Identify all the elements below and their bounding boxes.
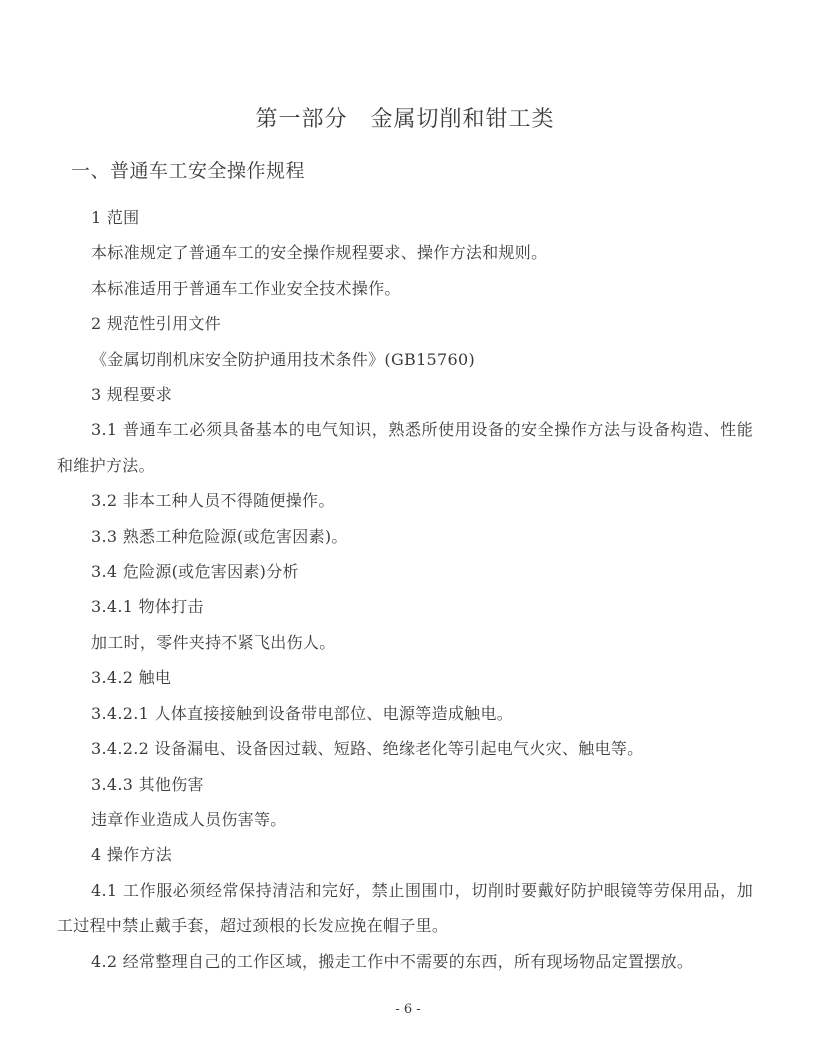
section-heading: 一、普通车工安全操作规程: [57, 158, 753, 184]
text-line: 和维护方法。: [57, 448, 753, 483]
document-body: 1 范围本标准规定了普通车工的安全操作规程要求、操作方法和规则。本标准适用于普通…: [57, 200, 753, 979]
text-line: 4 操作方法: [57, 837, 753, 872]
document-page: 第一部分 金属切削和钳工类 一、普通车工安全操作规程 1 范围本标准规定了普通车…: [0, 0, 816, 1056]
page-footer: - 6 -: [0, 997, 816, 1023]
text-line: 4.2 经常整理自己的工作区域，搬走工作中不需要的东西，所有现场物品定置摆放。: [57, 944, 753, 979]
text-line: 3.4 危险源(或危害因素)分析: [57, 554, 753, 589]
text-line: 工过程中禁止戴手套，超过颈根的长发应挽在帽子里。: [57, 908, 753, 943]
text-line: 3.1 普通车工必须具备基本的电气知识，熟悉所使用设备的安全操作方法与设备构造、…: [57, 412, 753, 447]
part-title: 第一部分 金属切削和钳工类: [0, 0, 816, 134]
text-line: 3.4.3 其他伤害: [57, 767, 753, 802]
text-line: 《金属切削机床安全防护通用技术条件》(GB15760): [57, 342, 753, 377]
text-line: 本标准适用于普通车工作业安全技术操作。: [57, 271, 753, 306]
text-line: 违章作业造成人员伤害等。: [57, 802, 753, 837]
page-number: - 6 -: [395, 1002, 420, 1017]
text-line: 3.2 非本工种人员不得随便操作。: [57, 483, 753, 518]
text-line: 3 规程要求: [57, 377, 753, 412]
text-line: 4.1 工作服必须经常保持清洁和完好，禁止围围巾，切削时要戴好防护眼镜等劳保用品…: [57, 873, 753, 908]
text-line: 2 规范性引用文件: [57, 306, 753, 341]
text-line: 本标准规定了普通车工的安全操作规程要求、操作方法和规则。: [57, 235, 753, 270]
text-line: 3.4.1 物体打击: [57, 589, 753, 624]
text-line: 1 范围: [57, 200, 753, 235]
text-line: 加工时，零件夹持不紧飞出伤人。: [57, 625, 753, 660]
text-line: 3.4.2.2 设备漏电、设备因过载、短路、绝缘老化等引起电气火灾、触电等。: [57, 731, 753, 766]
text-line: 3.4.2 触电: [57, 660, 753, 695]
text-line: 3.3 熟悉工种危险源(或危害因素)。: [57, 519, 753, 554]
text-line: 3.4.2.1 人体直接接触到设备带电部位、电源等造成触电。: [57, 696, 753, 731]
